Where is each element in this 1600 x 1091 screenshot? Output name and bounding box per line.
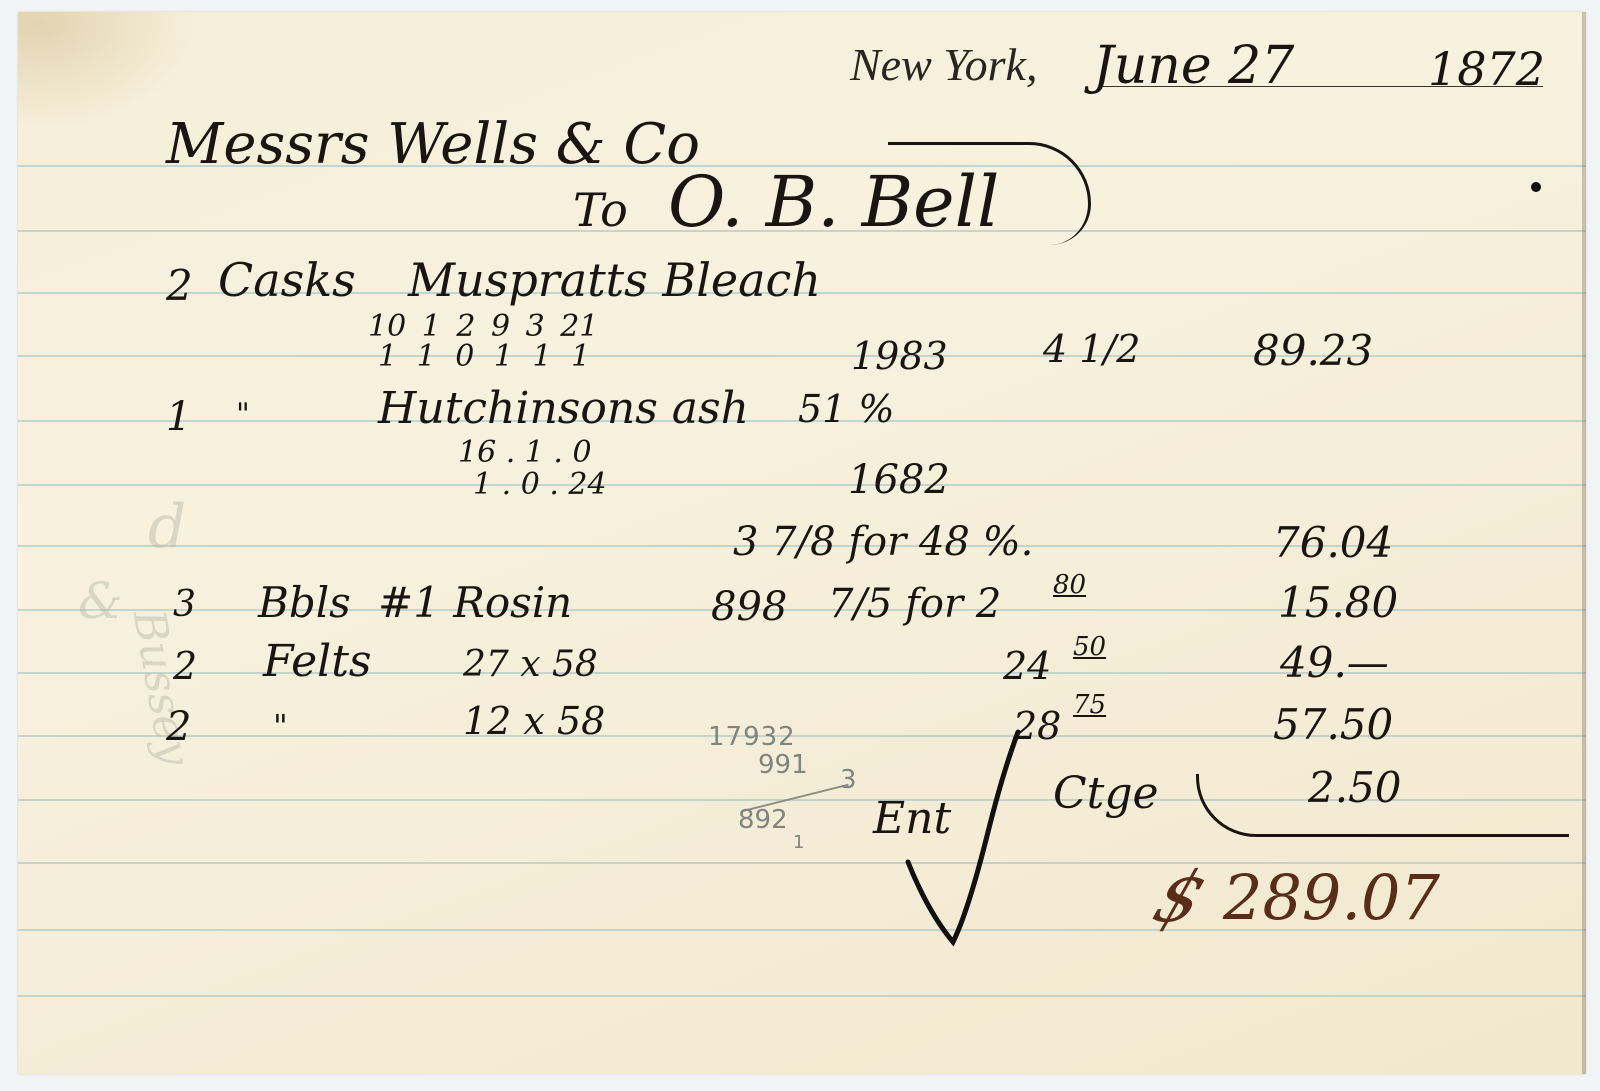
item-weights-top: 16 . 1 . 0 — [458, 438, 592, 468]
show-through-marks: & — [78, 572, 123, 630]
item-weights-bottom: 1 . 0 . 24 — [473, 470, 607, 500]
item-description: Hutchinsons ash — [378, 387, 749, 431]
date-month-day: June 27 — [1093, 40, 1294, 92]
item-qty: 2 — [166, 265, 193, 307]
signature-flourish — [888, 142, 1091, 245]
ruled-line — [18, 484, 1586, 486]
item-description: Muspratts Bleach — [408, 257, 821, 303]
checkmark-icon — [898, 712, 1038, 962]
total-amount: 289.07 — [1223, 867, 1440, 929]
item-unit: Bbls — [258, 582, 351, 624]
item-rate-cents: 80 — [1053, 572, 1086, 598]
date-year: 1872 — [1428, 46, 1545, 92]
place-printed: New York, — [850, 42, 1037, 88]
item-amount: 89.23 — [1253, 330, 1373, 372]
ink-dot — [1531, 182, 1541, 192]
item-qty: 3 — [173, 587, 196, 623]
item-description: 27 x 58 — [463, 647, 598, 683]
item-amount: 15.80 — [1278, 582, 1398, 624]
item-rate-line: 3 7/8 for 48 %. — [733, 522, 1033, 562]
item-amount: 76.04 — [1273, 522, 1393, 564]
item-qty: 2 — [166, 707, 191, 747]
item-qty: 1 — [166, 397, 191, 437]
calc-line-2: 991 — [758, 752, 808, 778]
ruled-line — [18, 995, 1586, 997]
item-amount: 57.50 — [1273, 704, 1393, 746]
item-description: #1 Rosin — [378, 582, 572, 624]
calc-line-3: 892 — [738, 807, 788, 833]
item-net-weight: 898 — [711, 587, 787, 627]
item-rate-cents: 75 — [1073, 692, 1106, 718]
from-prefix: To — [573, 187, 628, 233]
item-percent: 51 % — [798, 390, 895, 428]
calc-line-4: 1 — [793, 834, 804, 852]
item-rate: 4 1/2 — [1043, 330, 1140, 368]
item-rate: 24 — [1003, 647, 1051, 685]
item-unit: Felts — [263, 640, 372, 684]
show-through-marks: d — [148, 492, 186, 562]
calc-carry: 3 — [840, 767, 857, 793]
dollar-sign: $ — [1145, 862, 1215, 932]
item-rate-line: 7/5 for 2 — [828, 584, 1001, 624]
item-amount: 49.— — [1280, 642, 1389, 684]
item-weights-bottom: 1 1 0 1 1 1 — [378, 342, 590, 372]
item-unit: " — [236, 400, 250, 430]
cartage-label: Ctge — [1053, 772, 1159, 816]
item-rate-cents: 50 — [1073, 634, 1106, 660]
billed-to: Messrs Wells & Co — [166, 117, 700, 173]
item-qty: 2 — [173, 647, 197, 685]
item-weights-top: 10 1 2 9 3 21 — [368, 312, 598, 342]
item-unit: Casks — [218, 257, 356, 303]
invoice-paper: d & Bussey New York, June 27 1872 Messrs… — [18, 12, 1586, 1074]
item-net-weight: 1682 — [848, 460, 950, 500]
calc-line-1: 17932 — [708, 724, 796, 750]
total-bracket-line — [1196, 774, 1569, 837]
item-net-weight: 1983 — [851, 337, 948, 375]
item-unit: " — [273, 710, 288, 742]
item-description: 12 x 58 — [463, 702, 605, 740]
